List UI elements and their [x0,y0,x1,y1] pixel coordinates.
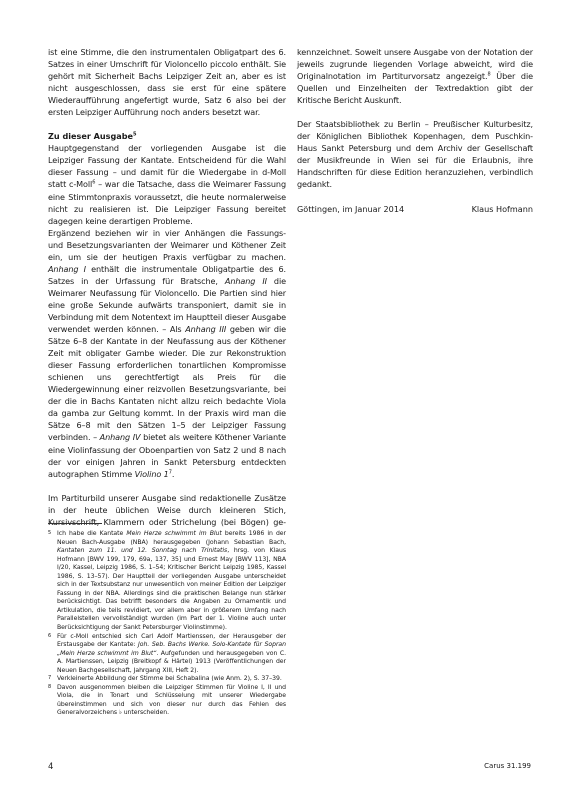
paragraph-acknowledgements: Der Staatsbibliothek zu Berlin – Preußis… [297,118,533,190]
section-zu-dieser-ausgabe: Zu dieser Ausgabe5 Hauptgegenstand der v… [48,130,286,226]
footnote-6: 6Für c-Moll entschied sich Carl Adolf Ma… [48,633,286,676]
publisher-reference: Carus 31.199 [484,762,531,770]
paragraph-intro-continued: ist eine Stimme, die den instrumentalen … [48,46,286,118]
signoff: Göttingen, im Januar 2014 Klaus Hofmann [297,203,533,215]
footnote-5: 5Ich habe die Kantate Mein Herze schwimm… [48,530,286,633]
footnote-8: 8Davon ausgenommen bleiben die Leipziger… [48,684,286,718]
place-date: Göttingen, im Januar 2014 [297,203,404,215]
paragraph-notation: kennzeichnet. Soweit unsere Ausgabe von … [297,46,533,106]
section-heading: Zu dieser Ausgabe5 [48,130,286,142]
paragraph-main-subject: Hauptgegenstand der vorliegenden Ausgabe… [48,142,286,226]
footnote-ref-5[interactable]: 5 [133,132,136,138]
page-number: 4 [48,762,53,772]
author-name: Klaus Hofmann [472,203,533,215]
footnote-divider [48,523,102,524]
paragraph-appendices: Ergänzend beziehen wir in vier Anhängen … [48,227,286,480]
footnotes: 5Ich habe die Kantate Mein Herze schwimm… [48,530,286,718]
footnote-7: 7Verkleinerte Abbildung der Stimme bei S… [48,675,286,684]
left-column: ist eine Stimme, die den instrumentalen … [48,46,286,528]
right-column: kennzeichnet. Soweit unsere Ausgabe von … [297,46,533,215]
